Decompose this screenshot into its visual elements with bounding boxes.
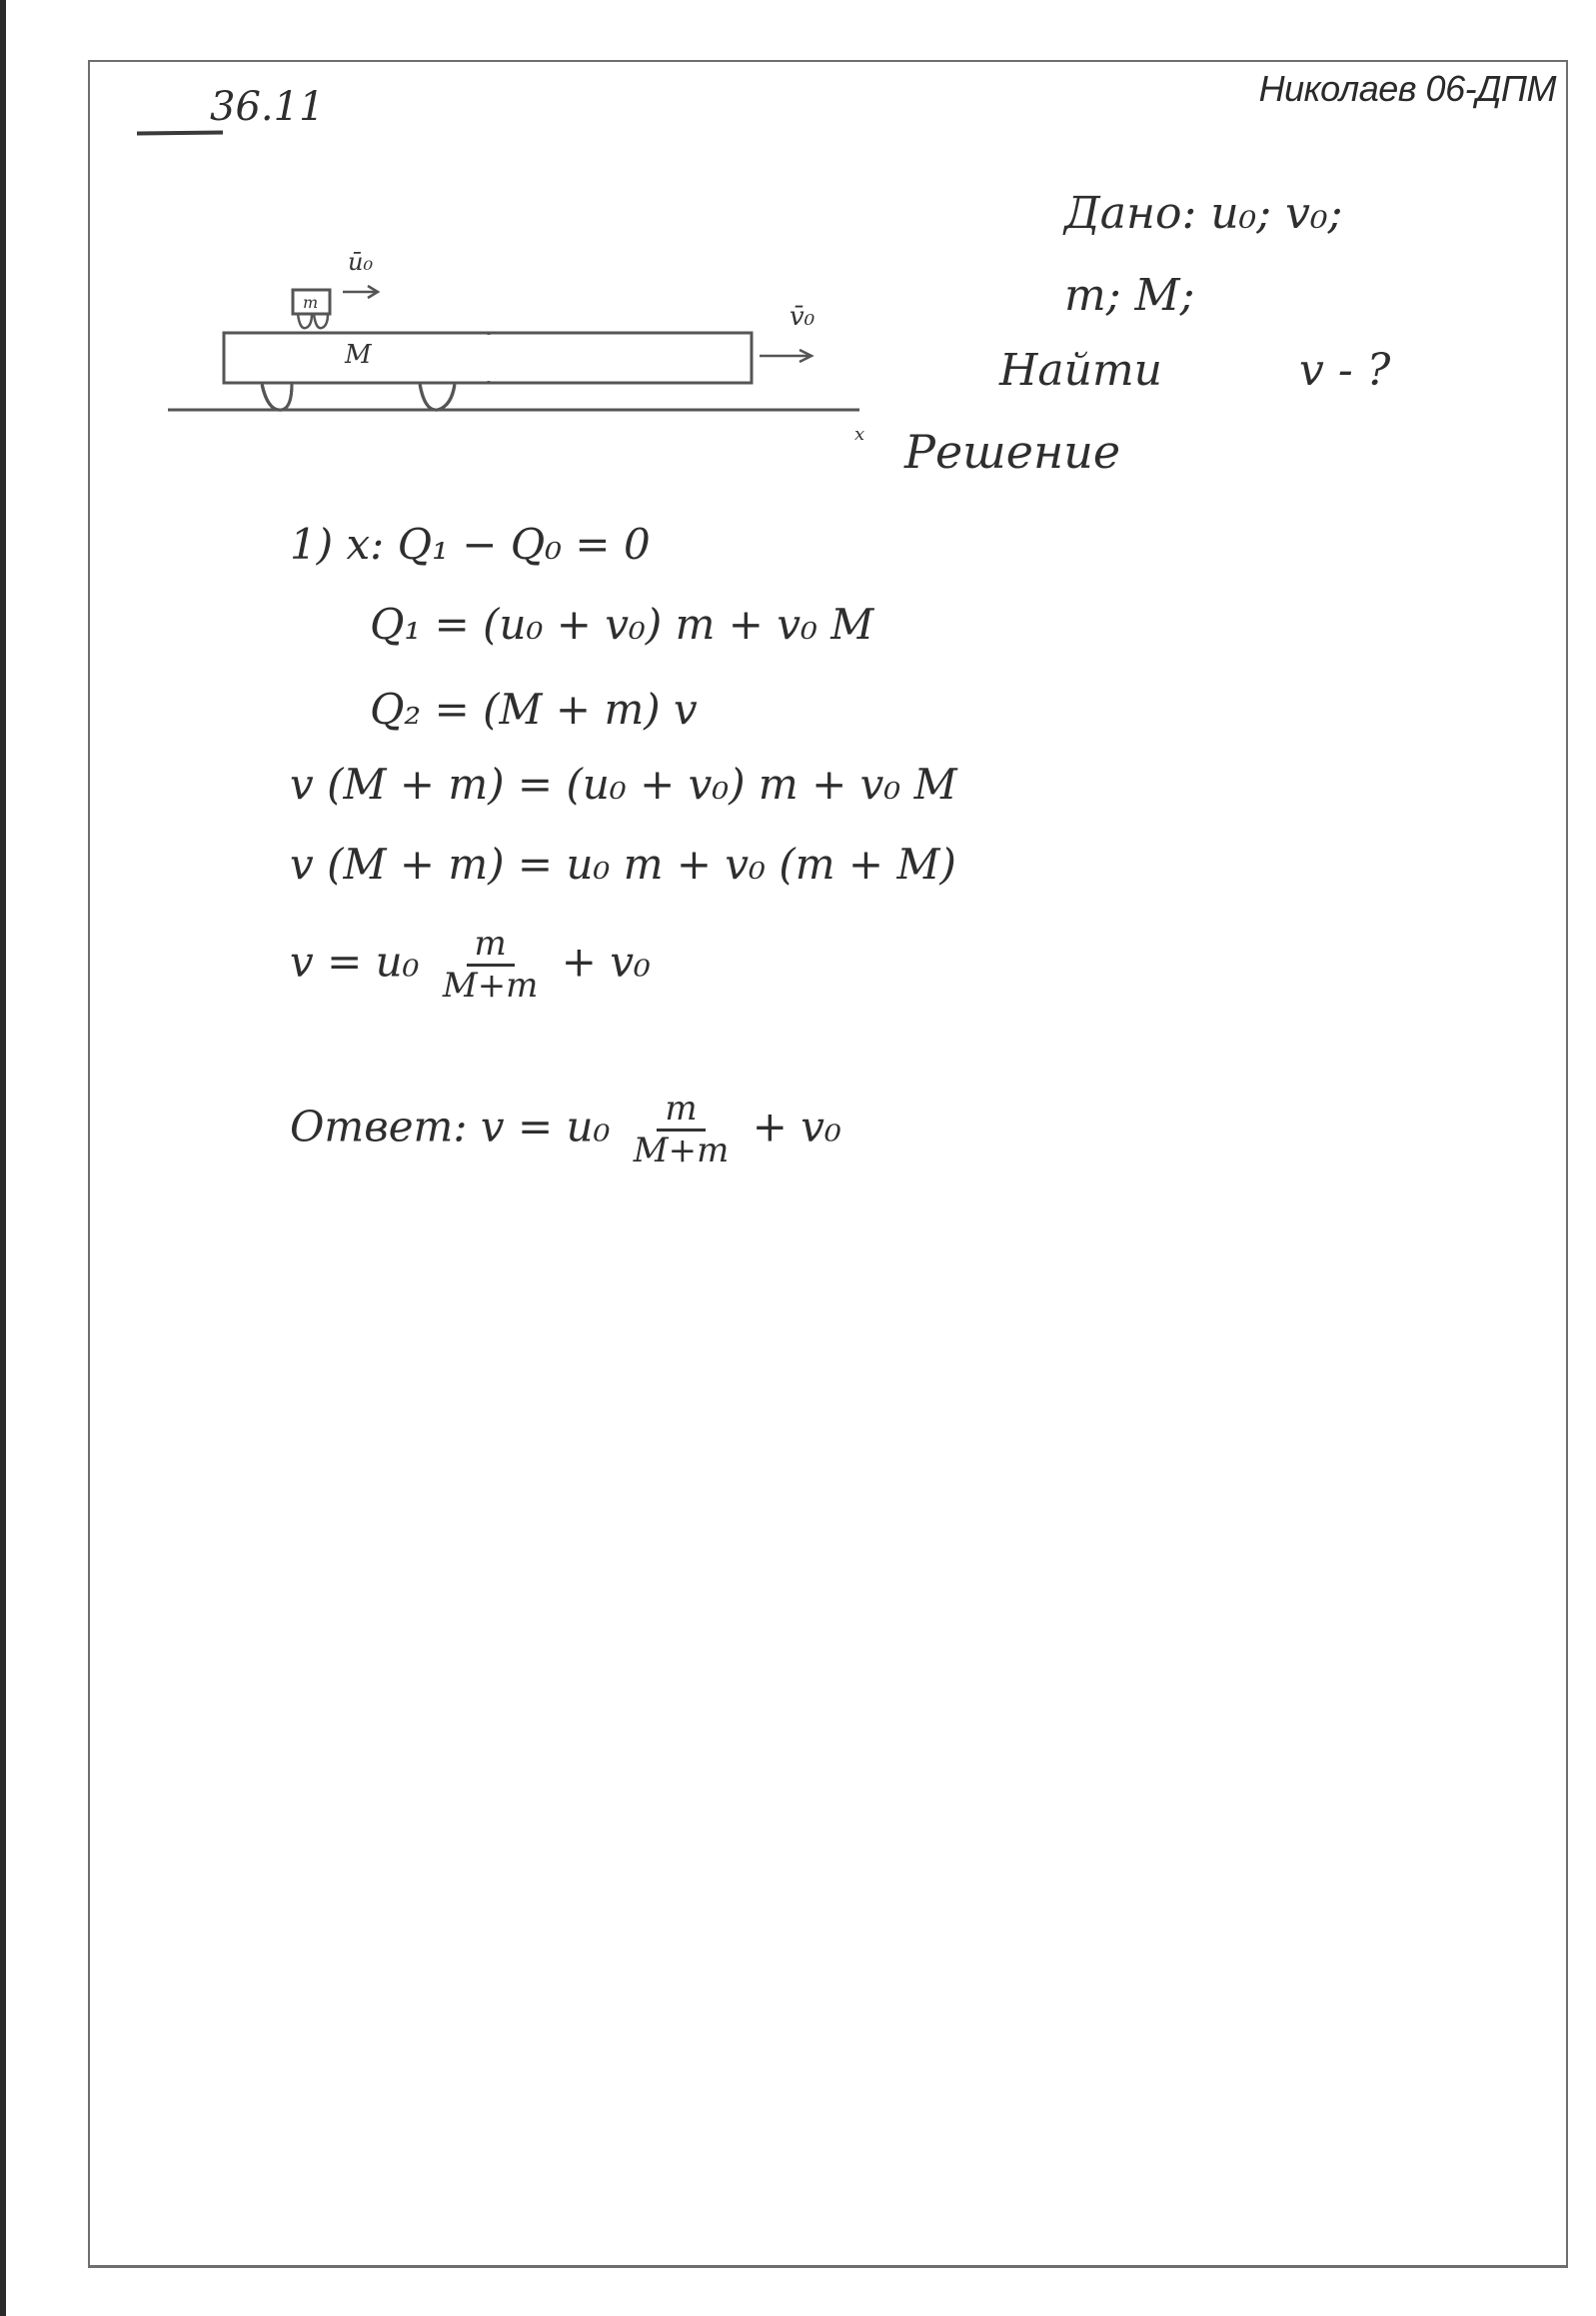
final-lhs: v = u₀ (290, 938, 420, 987)
cart-wheel-left (298, 314, 312, 328)
given-label: Дано: (1064, 188, 1196, 239)
answer-denominator: M+m (634, 1132, 730, 1170)
answer-fraction: m M+m (634, 1090, 730, 1170)
given-values-2: m; M; (1064, 270, 1194, 321)
equation-3: Q₂ = (M + m) v (370, 685, 698, 734)
find-target: v - ? (1299, 345, 1390, 396)
final-denominator: M+m (443, 967, 539, 1006)
given-section: Дано: u₀; v₀; (1064, 188, 1342, 239)
equation-final: v = u₀ m M+m + v₀ (290, 925, 651, 1006)
cart-wheel-right (314, 314, 328, 328)
answer-numerator: m (657, 1090, 705, 1132)
answer-rhs: + v₀ (753, 1103, 841, 1152)
final-rhs: + v₀ (562, 938, 651, 987)
platform-label: M (344, 340, 373, 370)
cart-label: m (303, 293, 318, 312)
final-numerator: m (467, 925, 515, 967)
equation-1: 1) x: Q₁ − Q₀ = 0 (290, 520, 651, 569)
final-fraction: m M+m (443, 925, 539, 1006)
answer-line: Ответ: v = u₀ m M+m + v₀ (290, 1090, 841, 1170)
cart-velocity-label: ū₀ (348, 248, 373, 276)
equation-5: v (M + m) = u₀ m + v₀ (m + M) (290, 840, 956, 889)
solution-title: Решение (904, 425, 1120, 479)
answer-lhs: v = u₀ (481, 1103, 611, 1152)
axis-x-label: x (854, 424, 864, 445)
given-values-1: u₀; v₀; (1210, 188, 1342, 239)
equation-4: v (M + m) = (u₀ + v₀) m + v₀ M (290, 760, 957, 809)
answer-label: Ответ: (290, 1103, 468, 1152)
platform-velocity-label: v̄₀ (790, 302, 815, 332)
equation-2: Q₁ = (u₀ + v₀) m + v₀ M (370, 600, 873, 649)
find-label: Найти (999, 345, 1162, 396)
